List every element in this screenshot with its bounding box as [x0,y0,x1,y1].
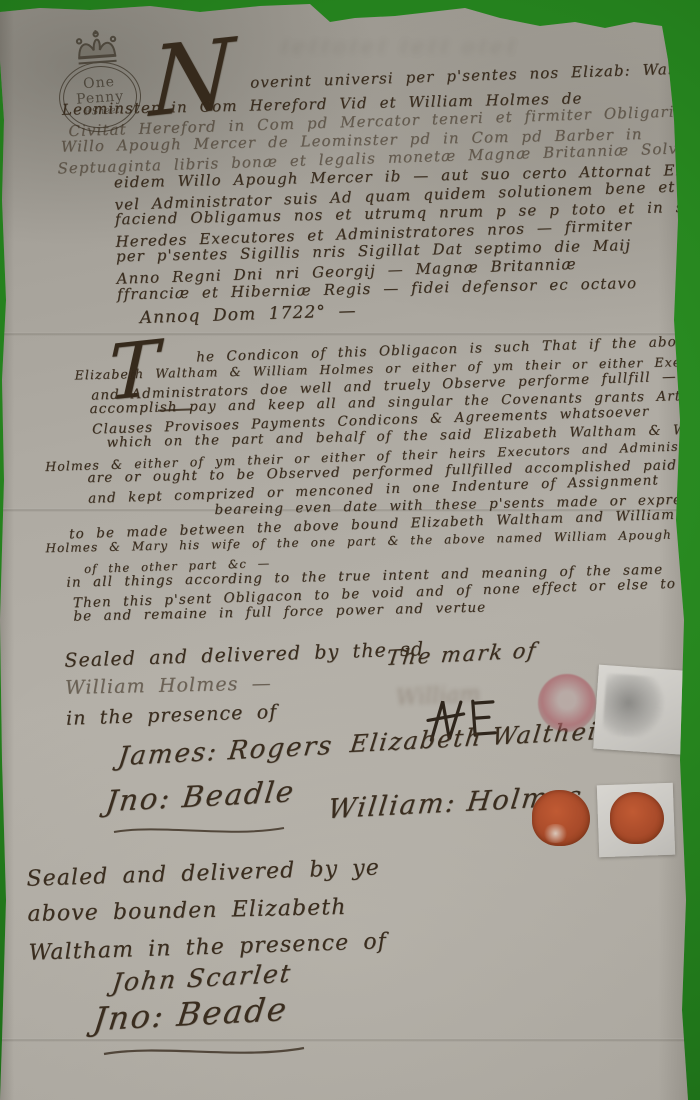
witness-signature-jno-beade: Jno: Beade [91,990,290,1038]
document-sheet: ℓeℓℓoℓeℓ ℓeℓℓ oℓeℓ One Penny ⅌ Sheet N [0,0,700,1100]
signature-flourish [110,822,290,840]
fold-crease [0,332,700,336]
condition-paragraph: he Condicon of this Obligacon is such Th… [60,332,700,629]
wax-seal-right [610,792,664,844]
wax-seal-left [532,790,590,846]
witness-signature-james-rogers: James: Rogers [116,731,335,773]
attestation-bottom: Sealed and delivered by ye above bounden… [26,850,387,971]
paper-shadow-left [0,0,14,1100]
latin-line: overint universi per p'sentes nos Elizab… [250,57,700,92]
seal-highlight [542,824,568,843]
seal-paper-patch-top [593,665,697,756]
signature-flourish [100,1042,310,1062]
ink-showthrough: ℓeℓℓoℓeℓ ℓeℓℓ oℓeℓ [280,34,620,60]
wax-seal-faded [538,674,596,732]
latin-paragraph: overint universi per p'sentes nos Elizab… [55,58,700,328]
seal-smudge [602,673,666,739]
witness-signature-jno-beadle: Jno: Beadle [104,774,297,818]
photo-stage: ℓeℓℓoℓeℓ ℓeℓℓ oℓeℓ One Penny ⅌ Sheet N [0,0,700,1100]
attestation-left: Sealed and delivered by the sd William H… [64,636,426,733]
